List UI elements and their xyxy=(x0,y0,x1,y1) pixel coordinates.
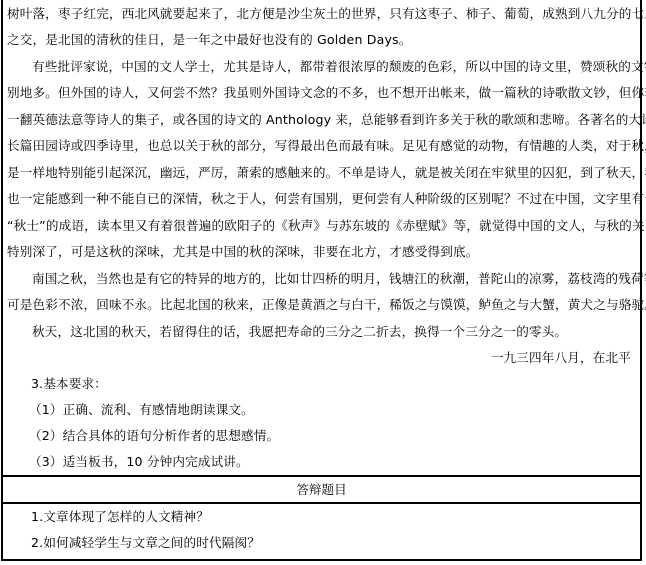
defense-header: 答辩题目 xyxy=(1,477,642,503)
requirements-title: 3.基本要求： xyxy=(31,371,107,397)
essay-line: 一翻英德法意等诗人的集子，或各国的诗文的 Anthology 来，总能够看到许多… xyxy=(7,107,646,133)
defense-question: 1.文章体现了怎样的人文精神？ xyxy=(31,504,209,530)
essay-line: 秋天，这北国的秋天，若留得住的话，我愿把寿命的三分之二折去，换得一个三分之一的零… xyxy=(32,319,567,345)
requirement-item: （1）正确、流利、有感情地朗读课文。 xyxy=(29,397,254,423)
essay-signature: 一九三四年八月，在北平 xyxy=(491,345,631,371)
essay-line: 长篇田园诗或四季诗里，也总以关于秋的部分，写得最出色而最有味。足见有感觉的动物，… xyxy=(7,133,646,159)
essay-line: 有些批评家说，中国的文人学士，尤其是诗人，都带着很浓厚的颓废的色彩，所以中国的诗… xyxy=(32,54,646,80)
essay-line: 是一样地特别能引起深沉，幽远，严厉，萧索的感触来的。不单是诗人，就是被关闭在牢狱… xyxy=(7,160,646,186)
essay-line: “秋士”的成语，读本里又有着很普遍的欧阳子的《秋声》与苏东坡的《赤壁赋》等，就觉… xyxy=(7,213,646,239)
essay-line: 别地多。但外国的诗人，又何尝不然？我虽则外国诗文念的不多，也不想开出帐来，做一篇… xyxy=(7,80,646,106)
essay-line: 特别深了，可是这秋的深味，尤其是中国的秋的深味，非要在北方，才感受得到底。 xyxy=(7,239,479,265)
essay-line: 之交，是北国的清秋的佳日，是一年之中最好也没有的 Golden Days。 xyxy=(7,27,412,53)
essay-line: 南国之秋，当然也是有它的特异的地方的，比如廿四桥的明月，钱塘江的秋潮，普陀山的凉… xyxy=(32,266,646,292)
essay-line: 树叶落，枣子红完，西北风就要起来了，北方便是沙尘灰土的世界，只有这枣子、柿子、葡… xyxy=(7,1,646,27)
defense-question: 2.如何减轻学生与文章之间的时代隔阂？ xyxy=(31,530,260,556)
requirement-item: （2）结合具体的语句分析作者的思想感情。 xyxy=(29,423,279,449)
essay-line: 可是色彩不浓，回味不永。比起北国的秋来，正像是黄酒之与白干，稀饭之与馍馍，鲈鱼之… xyxy=(7,292,646,318)
essay-line: 也一定能感到一种不能自已的深情，秋之于人，何尝有国别，更何尝有人种阶级的区别呢？… xyxy=(7,186,646,212)
requirement-item: （3）适当板书，10 分钟内完成试讲。 xyxy=(29,449,249,475)
